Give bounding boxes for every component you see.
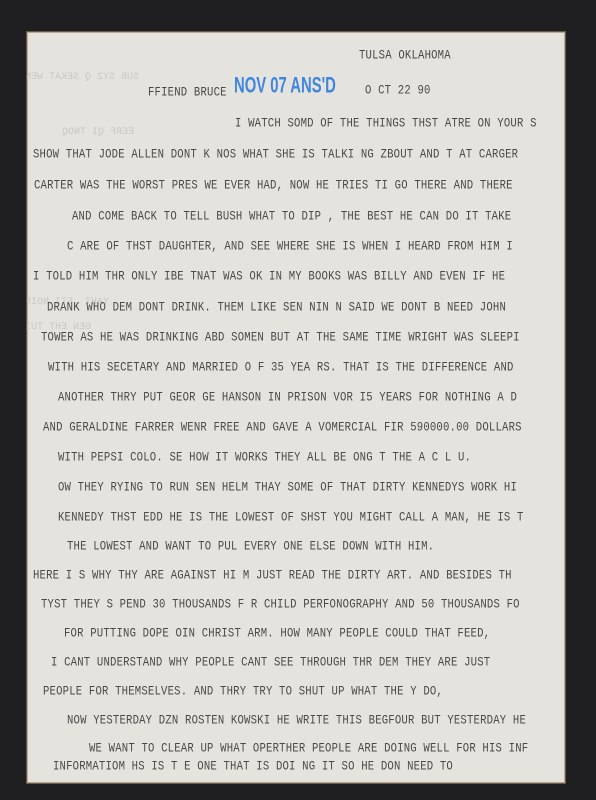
body-line: PEOPLE FOR THEMSELVES. AND THRY TRY TO S…: [43, 685, 443, 700]
body-line: KENNEDY THST EDD HE IS THE LOWEST OF SHS…: [58, 511, 524, 526]
body-line: AND COME BACK TO TELL BUSH WHAT TO DIP ,…: [72, 210, 511, 225]
body-line: DRANK WHO DEM DONT DRINK. THEM LIKE SEN …: [47, 301, 506, 316]
body-line: CARTER WAS THE WORST PRES WE EVER HAD, N…: [34, 179, 513, 194]
body-line: WE WANT TO CLEAR UP WHAT OPERTHER PEOPLE…: [89, 742, 528, 757]
body-line: I WATCH SOMD OF THE THINGS THST ATRE ON …: [235, 117, 537, 132]
body-line: OW THEY RYING TO RUN SEN HELM THAY SOME …: [58, 481, 517, 496]
body-line: AND GERALDINE FARRER WENR FREE AND GAVE …: [43, 421, 522, 436]
body-line: C ARE OF THST DAUGHTER, AND SEE WHERE SH…: [67, 240, 513, 255]
letter-salutation: FFIEND BRUCE: [148, 86, 227, 101]
answered-date-stamp: NOV 07 ANS'D: [234, 74, 336, 99]
body-line: I TOLD HIM THR ONLY IBE TNAT WAS OK IN M…: [33, 270, 505, 285]
body-line: WITH PEPSI COLO. SE HOW IT WORKS THEY AL…: [58, 451, 471, 466]
body-line: FOR PUTTING DOPE OIN CHRIST ARM. HOW MAN…: [64, 627, 490, 642]
body-line: ANOTHER THRY PUT GEOR GE HANSON IN PRISO…: [58, 391, 517, 406]
body-line: TOWER AS HE WAS DRINKING ABD SOMEN BUT A…: [41, 331, 520, 346]
bleed-through-text: EERF QI TNOQ: [62, 127, 134, 138]
body-line: HERE I S WHY THY ARE AGAINST HI M JUST R…: [33, 569, 512, 584]
body-line: TYST THEY S PEND 30 THOUSANDS F R CHILD …: [41, 598, 520, 613]
body-line: INFORMATIOM HS IS T E ONE THAT IS DOI NG…: [53, 760, 453, 775]
letter-page: SUB SY2 Q SEKAT WEN EERF QI TNOQ YAHT ,E…: [27, 32, 565, 783]
body-line: THE LOWEST AND WANT TO PUL EVERY ONE ELS…: [67, 540, 434, 555]
body-line: SHOW THAT JODE ALLEN DONT K NOS WHAT SHE…: [33, 148, 518, 163]
letter-date: O CT 22 90: [365, 84, 431, 99]
body-line: I CANT UNDERSTAND WHY PEOPLE CANT SEE TH…: [51, 656, 490, 671]
bleed-through-text: SUB SY2 Q SEKAT WEN: [27, 72, 139, 83]
letter-location: TULSA OKLAHOMA: [359, 49, 451, 64]
body-line: WITH HIS SECETARY AND MARRIED O F 35 YEA…: [48, 361, 514, 376]
body-line: NOW YESTERDAY DZN ROSTEN KOWSKI HE WRITE…: [67, 714, 526, 729]
